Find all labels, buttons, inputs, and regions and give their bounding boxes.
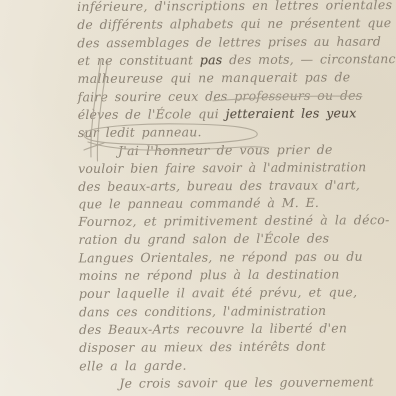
manuscript-line: et ne constituant pas des mots, — circon…	[77, 49, 396, 70]
manuscript-line: disposer au mieux des intérêts dont	[79, 336, 396, 357]
manuscript-text: inférieure, d'inscriptions en lettres or…	[77, 0, 396, 393]
manuscript-line-segment: de différents alphabets qui ne présenten…	[77, 15, 391, 32]
manuscript-line-segment: sur ledit panneau.	[78, 124, 202, 140]
manuscript-line-segment: disposer au mieux des intérêts dont	[79, 339, 326, 356]
manuscript-line: Langues Orientales, ne répond pas ou du	[79, 247, 396, 268]
manuscript-line: sur ledit panneau.	[78, 121, 396, 142]
manuscript-line-segment: vouloir bien faire savoir à l'administra…	[78, 159, 366, 176]
manuscript-line: des beaux-arts, bureau des travaux d'art…	[78, 175, 396, 196]
manuscript-line-segment: inférieure, d'inscriptions en lettres or…	[77, 0, 392, 14]
manuscript-line: des assemblages de lettres prises au has…	[77, 31, 396, 52]
manuscript-line: moins ne répond plus à la destination	[79, 264, 396, 285]
manuscript-line: elle a la garde.	[79, 355, 396, 376]
manuscript-line-segment: professeurs ou des	[234, 87, 362, 103]
manuscript-line: ration du grand salon de l'École des	[78, 228, 396, 249]
manuscript-line-segment: que le panneau commandé à M. E.	[78, 195, 319, 211]
manuscript-line: des Beaux-Arts recouvre la liberté d'en	[79, 318, 396, 339]
manuscript-line: dans ces conditions, l'administration	[79, 301, 396, 322]
manuscript-line: de différents alphabets qui ne présenten…	[77, 13, 396, 34]
manuscript-line: que le panneau commandé à M. E.	[78, 193, 396, 214]
manuscript-line-segment: Langues Orientales, ne répond pas ou du	[79, 249, 363, 266]
manuscript-line: pour laquelle il avait été prévu, et que…	[79, 282, 396, 303]
manuscript-line: Fournoz, et primitivement destiné à la d…	[78, 211, 396, 232]
manuscript-line-segment: des Beaux-Arts recouvre la liberté d'en	[79, 321, 347, 338]
manuscript-line-segment: dans ces conditions, l'administration	[79, 303, 326, 320]
manuscript-line-segment: jetteraient les yeux	[226, 105, 357, 121]
manuscript-line-segment: faire sourire ceux des	[78, 88, 235, 104]
manuscript-line: malheureuse qui ne manquerait pas de	[77, 67, 396, 88]
manuscript-line-segment: des mots, — circonstance	[222, 51, 396, 67]
manuscript-line: vouloir bien faire savoir à l'administra…	[78, 157, 396, 178]
manuscript-line-segment: moins ne répond plus à la destination	[79, 267, 340, 284]
manuscript-line-segment: ration du grand salon de l'École des	[78, 231, 329, 248]
manuscript-line: Je crois savoir que les gouvernement	[79, 372, 396, 393]
manuscript-line-segment: malheureuse qui ne manquerait pas de	[77, 69, 350, 86]
manuscript-line-segment: J'ai l'honneur de vous prier de	[118, 141, 333, 157]
manuscript-line-segment: des assemblages de lettres prises au has…	[77, 33, 381, 50]
manuscript-line: faire sourire ceux des professeurs ou de…	[78, 85, 396, 106]
manuscript-page: inférieure, d'inscriptions en lettres or…	[0, 0, 396, 396]
manuscript-line-segment: Je crois savoir que les gouvernement	[119, 374, 373, 391]
manuscript-line-segment: pas	[200, 52, 223, 67]
manuscript-line-segment: des beaux-arts, bureau des travaux d'art…	[78, 177, 360, 194]
manuscript-line-segment: et ne constituant	[77, 52, 200, 68]
manuscript-line-segment: Fournoz, et primitivement destiné à la d…	[78, 213, 389, 230]
manuscript-line: élèves de l'École qui jetteraient les ye…	[78, 103, 396, 124]
manuscript-line-segment: élèves de l'École qui	[78, 106, 226, 122]
manuscript-line-segment: elle a la garde.	[79, 358, 187, 374]
manuscript-line: J'ai l'honneur de vous prier de	[78, 139, 396, 160]
manuscript-line-segment: pour laquelle il avait été prévu, et que…	[79, 285, 358, 302]
